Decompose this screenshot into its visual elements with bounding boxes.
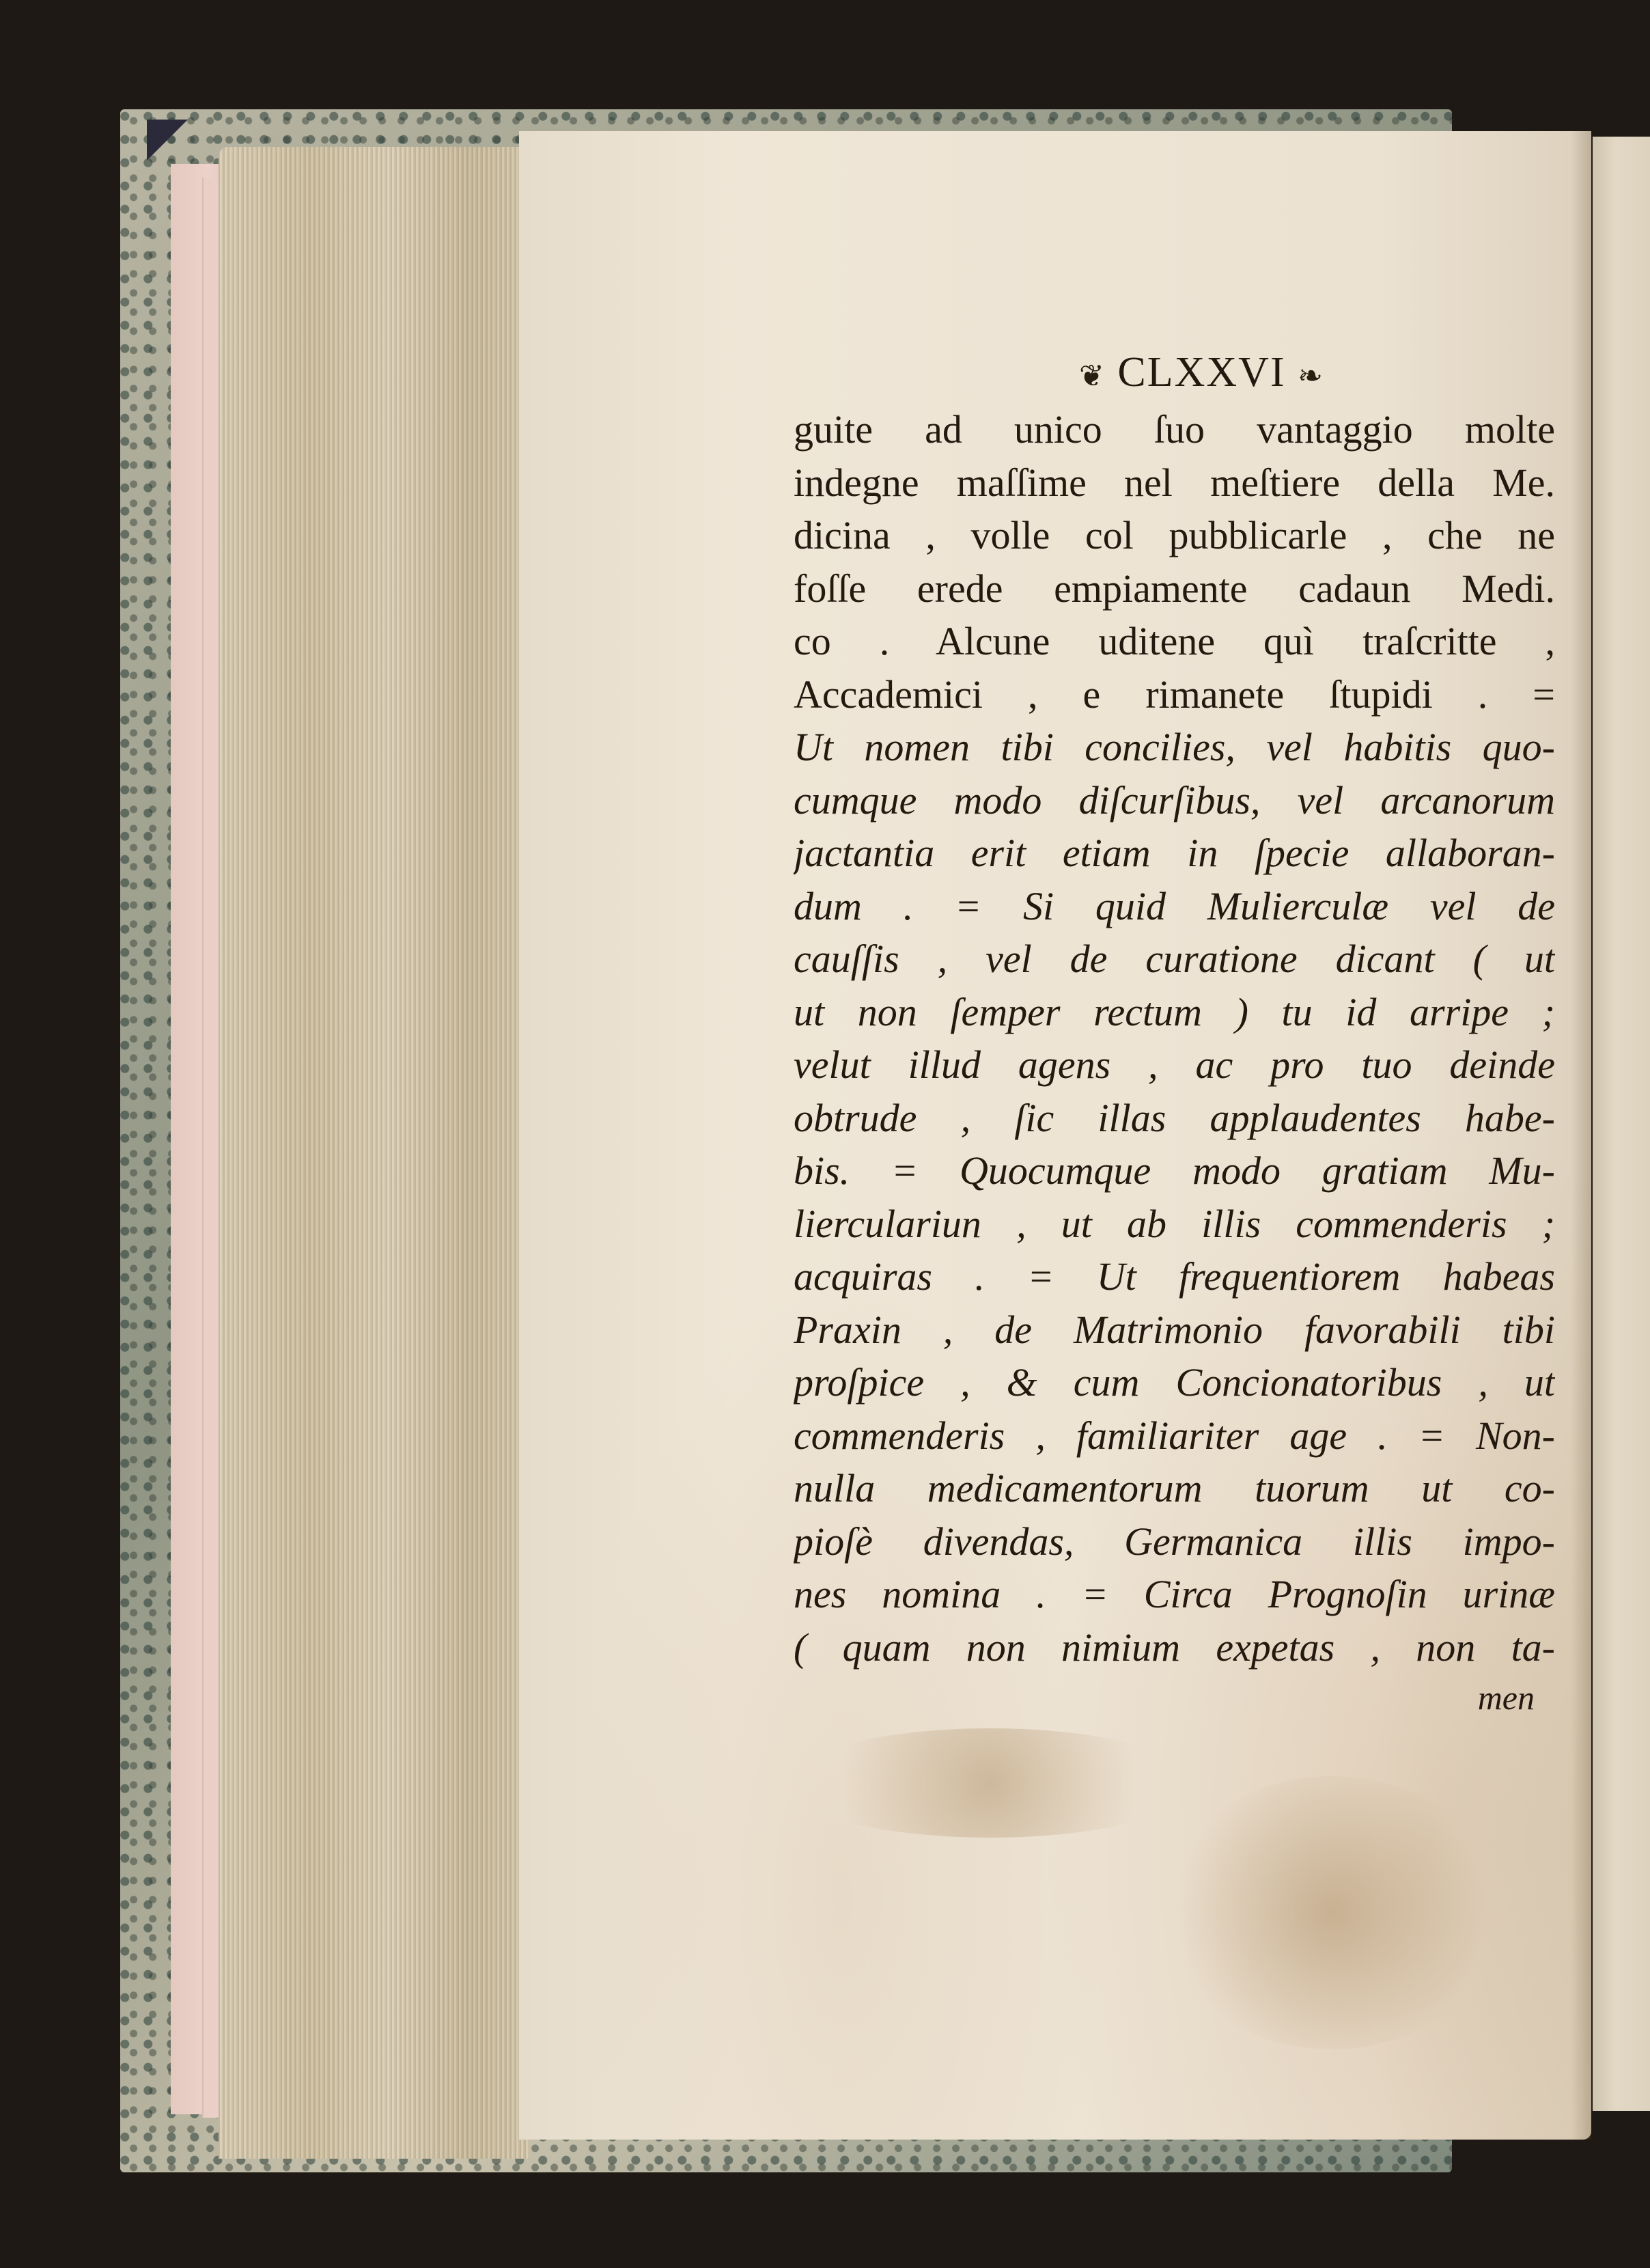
text-line: guite ad unico ſuo vantaggio molte [794, 403, 1555, 456]
text-line: pioſè divendas, Germanica illis impo- [794, 1515, 1555, 1568]
page-block-fore-edge [219, 147, 529, 2159]
facing-page-edge [1593, 137, 1650, 2111]
text-line: co . Alcune uditene quì traſcritte , [794, 615, 1555, 668]
text-line: ( quam non nimium expetas , non ta- [794, 1621, 1555, 1674]
fleuron-left-icon: ❦ [1079, 359, 1106, 393]
gutter-shadow [1571, 131, 1591, 2140]
text-line: bis. = Quocumque modo gratiam Mu- [794, 1144, 1555, 1198]
text-line: jactantia erit etiam in ſpecie allaboran… [794, 827, 1555, 880]
text-line: indegne maſſime nel meſtiere della Me. [794, 456, 1555, 510]
page-text-block: ❦ CLXXVI ❧ guite ad unico ſuo vantaggio … [794, 342, 1555, 1721]
page-number-roman: CLXXVI [1117, 349, 1285, 396]
text-line: ut non ſemper rectum ) tu id arripe ; [794, 986, 1555, 1039]
foxing-stain [1161, 1776, 1502, 2049]
text-line: nes nomina . = Circa Prognoſin urinæ [794, 1568, 1555, 1621]
text-line: velut illud agens , ac pro tuo deinde [794, 1038, 1555, 1092]
foxing-stain [785, 1728, 1195, 1838]
text-line: Accademici , e rimanete ſtupidi . = [794, 668, 1555, 721]
text-line: commenderis , familiariter age . = Non- [794, 1409, 1555, 1463]
body-text: guite ad unico ſuo vantaggio molteindegn… [794, 403, 1555, 1674]
text-line: proſpice , & cum Concionatoribus , ut [794, 1356, 1555, 1409]
running-head: ❦ CLXXVI ❧ [794, 342, 1555, 403]
text-line: Praxin , de Matrimonio favorabili tibi [794, 1303, 1555, 1357]
text-line: foſſe erede empiamente cadaun Medi. [794, 562, 1555, 616]
text-line: lierculariun , ut ab illis commenderis ; [794, 1198, 1555, 1251]
text-line: cumque modo diſcurſibus, vel arcanorum [794, 774, 1555, 827]
text-line: obtrude , ſic illas applaudentes habe- [794, 1092, 1555, 1145]
fleuron-right-icon: ❧ [1298, 359, 1324, 393]
text-line: dum . = Si quid Mulierculæ vel de [794, 880, 1555, 933]
catchword: men [794, 1674, 1555, 1721]
cover-corner-leather [147, 120, 188, 161]
text-line: acquiras . = Ut frequentiorem habeas [794, 1250, 1555, 1303]
text-line: cauſſis , vel de curatione dicant ( ut [794, 932, 1555, 986]
text-line: nulla medicamentorum tuorum ut co- [794, 1462, 1555, 1515]
text-line: dicina , volle col pubblicarle , che ne [794, 509, 1555, 562]
text-line: Ut nomen tibi concilies, vel habitis quo… [794, 721, 1555, 774]
